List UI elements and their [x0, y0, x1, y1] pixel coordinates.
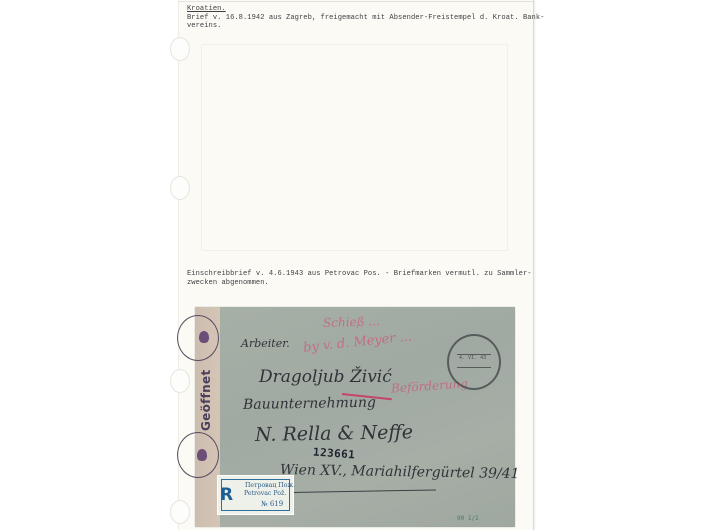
red-crayon-mark: by v. d. Meyer ... [303, 329, 413, 355]
handwritten-note: Arbeiter. [241, 337, 290, 350]
removed-item-outline [201, 44, 508, 251]
item1-line: Brief v. 16.8.1942 aus Zagreb, freigemac… [187, 14, 544, 22]
registration-label: R Петровац Пож. Petrovac Pož. № 619 [217, 475, 294, 515]
eagle-icon [199, 331, 209, 343]
punch-hole [170, 176, 190, 200]
page-top-edge [179, 1, 533, 2]
red-crayon-mark: Schieß ... [323, 314, 380, 330]
addressee-address: Wien XV., Mariahilfergürtel 39/41 [280, 462, 520, 482]
addressee-name: Dragoljub Živić [259, 367, 392, 387]
censor-strip-text: Geöffnet [199, 370, 213, 432]
punch-hole [170, 37, 190, 61]
eagle-icon [197, 449, 207, 461]
pencil-note: 90 1/1 [457, 515, 479, 522]
registration-line1: Петровац Пож. [245, 482, 295, 489]
censor-stamp [177, 315, 219, 361]
punch-hole [170, 500, 190, 524]
registration-number: № 619 [261, 500, 283, 508]
postmark: 4. VI. 43 [447, 334, 501, 390]
section-heading: Kroatien. [187, 5, 226, 13]
registration-r: R [220, 485, 233, 505]
item2-description: Einschreibbrief v. 4.6.1943 aus Petrovac… [187, 270, 532, 287]
punch-hole [170, 369, 190, 393]
address-underline [291, 489, 436, 493]
item1-line: vereins. [187, 22, 221, 30]
typed-number: 123661 [313, 446, 356, 462]
registration-line2: Petrovac Pož. [244, 490, 286, 497]
item2-line: Einschreibbrief v. 4.6.1943 aus Petrovac… [187, 270, 532, 278]
registered-envelope: Geöffnet Schieß ... by v. d. Meyer ... B… [195, 307, 515, 527]
item2-line: zwecken abgenommen. [187, 279, 269, 287]
postmark-date: 4. VI. 43 [459, 355, 486, 361]
addressee-company: N. Rella & Neffe [255, 421, 413, 446]
addressee-line2: Bauunternehmung [243, 395, 376, 413]
item1-description: Kroatien. Brief v. 16.8.1942 aus Zagreb,… [187, 5, 544, 31]
